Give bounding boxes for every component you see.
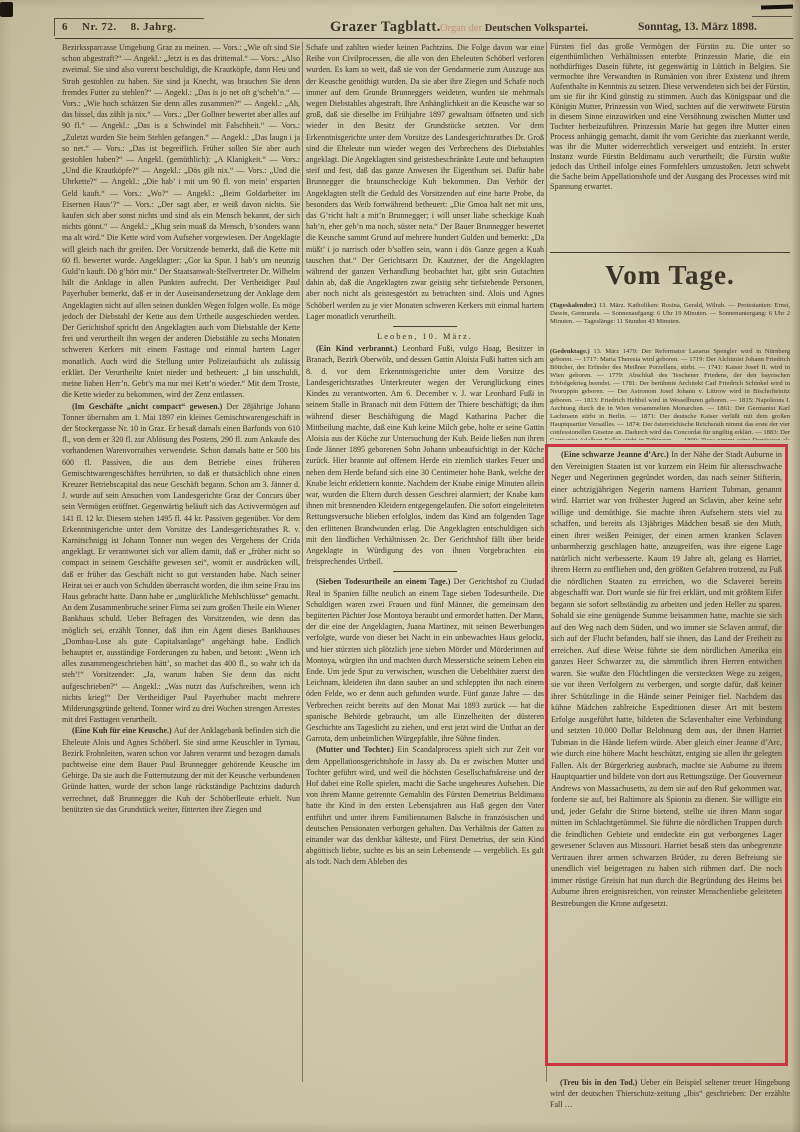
paragraph: Bezirkssparcasse Umgebung Graz zu meinen… [62, 42, 300, 401]
paragraph: (Tageskalender.) 13. März. Katholiken: R… [550, 302, 790, 326]
newspaper-page: 6Nr. 72.8. Jahrg. Grazer Tagblatt. Organ… [0, 0, 800, 1132]
paragraph: (Treu bis in den Tod.) Ueber ein Beispie… [550, 1077, 790, 1110]
dateline: Leoben, 10. März. [306, 331, 544, 342]
highlighted-article: (Eine schwarze Jeanne d’Arc.) In der Näh… [551, 449, 782, 909]
column-divider-1 [302, 42, 303, 1082]
article-lead: (Eine schwarze Jeanne d’Arc.) [561, 450, 669, 459]
scan-artifact-top-left [0, 2, 13, 17]
article-lead: (Mutter und Tochter.) [316, 745, 398, 754]
paragraph: (Mutter und Tochter.) Ein Scandalprocess… [306, 744, 544, 867]
article-text: 13. März 1479: Der Reformator Lazarus Sp… [550, 348, 790, 440]
section-divider-rule [550, 252, 790, 253]
header-corner-mark-right [752, 16, 792, 17]
highlight-box: (Eine schwarze Jeanne d’Arc.) In der Näh… [545, 444, 788, 1066]
column-middle: Schafe und zahlten wieder keinen Pachtzi… [306, 42, 544, 1066]
article-lead: (Sieben Todesurtheile an einem Tage.) [316, 577, 454, 586]
article-lead: (Ein Kind verbrannt.) [316, 344, 402, 353]
section-rule [393, 326, 457, 327]
section-title-vom-tage: Vom Tage. [550, 260, 790, 298]
paragraph: (Sieben Todesurtheile an einem Tage.) De… [306, 576, 544, 744]
organ-name: Deutschen Volkspartei. [485, 23, 588, 34]
header-corner-mark-horizontal [54, 18, 204, 19]
organ-prefix: Organ der [440, 23, 482, 34]
masthead-title: Grazer Tagblatt. [330, 19, 441, 36]
volume: 8. Jahrg. [131, 21, 177, 33]
article-lead: (Tageskalender.) [550, 302, 596, 309]
header-rule [55, 38, 793, 39]
section-rule [393, 571, 457, 572]
page-number: 6 [62, 21, 68, 33]
page-info: 6Nr. 72.8. Jahrg. [62, 21, 176, 33]
article-lead: (Gedenktage.) [550, 348, 590, 355]
masthead-subtitle: Organ der Deutschen Volkspartei. [440, 23, 588, 34]
tageskalender-paragraph: (Tageskalender.) 13. März. Katholiken: R… [550, 302, 790, 346]
issue-date: Sonntag, 13. März 1898. [638, 21, 757, 33]
issue-number: Nr. 72. [82, 21, 117, 33]
paragraph: Schafe und zahlten wieder keinen Pachtzi… [306, 42, 544, 322]
article-lead: (Treu bis in den Tod.) [560, 1078, 637, 1087]
article-lead: (Im Geschäfte „nicht compact“ gewesen.) [72, 402, 227, 411]
paragraph: (Gedenktage.) 13. März 1479: Der Reforma… [550, 348, 790, 440]
header-corner-mark-vertical [54, 18, 55, 36]
article-lead: (Eine Kuh für eine Keusche.) [72, 726, 174, 735]
article-continuation: Fürsten fiel das große Vermögen der Fürs… [550, 42, 790, 248]
paragraph: (Eine Kuh für eine Keusche.) Auf der Ank… [62, 725, 300, 815]
paragraph: Fürsten fiel das große Vermögen der Fürs… [550, 42, 790, 192]
paragraph: (Im Geschäfte „nicht compact“ gewesen.) … [62, 401, 300, 726]
article-after-box: (Treu bis in den Tod.) Ueber ein Beispie… [550, 1077, 790, 1115]
paragraph: (Ein Kind verbrannt.) Leonhard Fußi, vul… [306, 343, 544, 567]
gedenktage-paragraph: (Gedenktage.) 13. März 1479: Der Reforma… [550, 348, 790, 440]
column-left: Bezirkssparcasse Umgebung Graz zu meinen… [62, 42, 300, 1078]
article-text: In der Nähe der Stadt Auburne in den Ver… [551, 450, 782, 908]
scan-artifact-top-right [761, 4, 793, 9]
